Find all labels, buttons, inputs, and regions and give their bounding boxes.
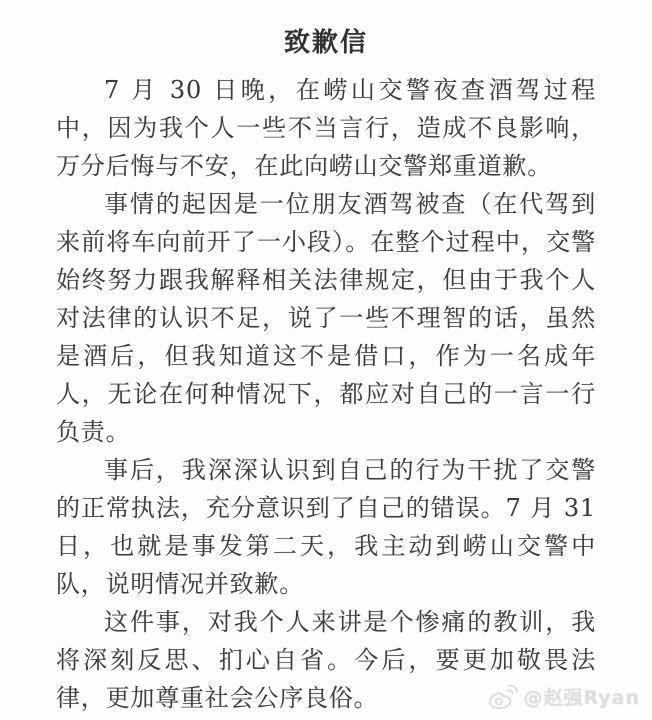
scanned-apology-letter-page: 致歉信 7 月 30 日晚，在崂山交警夜查酒驾过程中，因为我个人一些不当言行，造… <box>0 0 652 720</box>
letter-title: 致歉信 <box>56 22 596 59</box>
weibo-watermark: @赵强Ryan <box>488 683 640 710</box>
letter-paragraph-3: 事后，我深深认识到自己的行为干扰了交警的正常执法，充分意识到了自己的错误。7 月… <box>56 451 596 603</box>
letter-body: 7 月 30 日晚，在崂山交警夜查酒驾过程中，因为我个人一些不当言行，造成不良影… <box>56 71 596 717</box>
weibo-handle: @赵强Ryan <box>523 683 640 710</box>
letter-paragraph-2: 事情的起因是一位朋友酒驾被查（在代驾到来前将车向前开了一小段）。在整个过程中，交… <box>56 185 596 451</box>
letter-document: 致歉信 7 月 30 日晚，在崂山交警夜查酒驾过程中，因为我个人一些不当言行，造… <box>0 0 652 717</box>
weibo-icon <box>488 684 518 710</box>
letter-paragraph-1: 7 月 30 日晚，在崂山交警夜查酒驾过程中，因为我个人一些不当言行，造成不良影… <box>56 71 596 185</box>
